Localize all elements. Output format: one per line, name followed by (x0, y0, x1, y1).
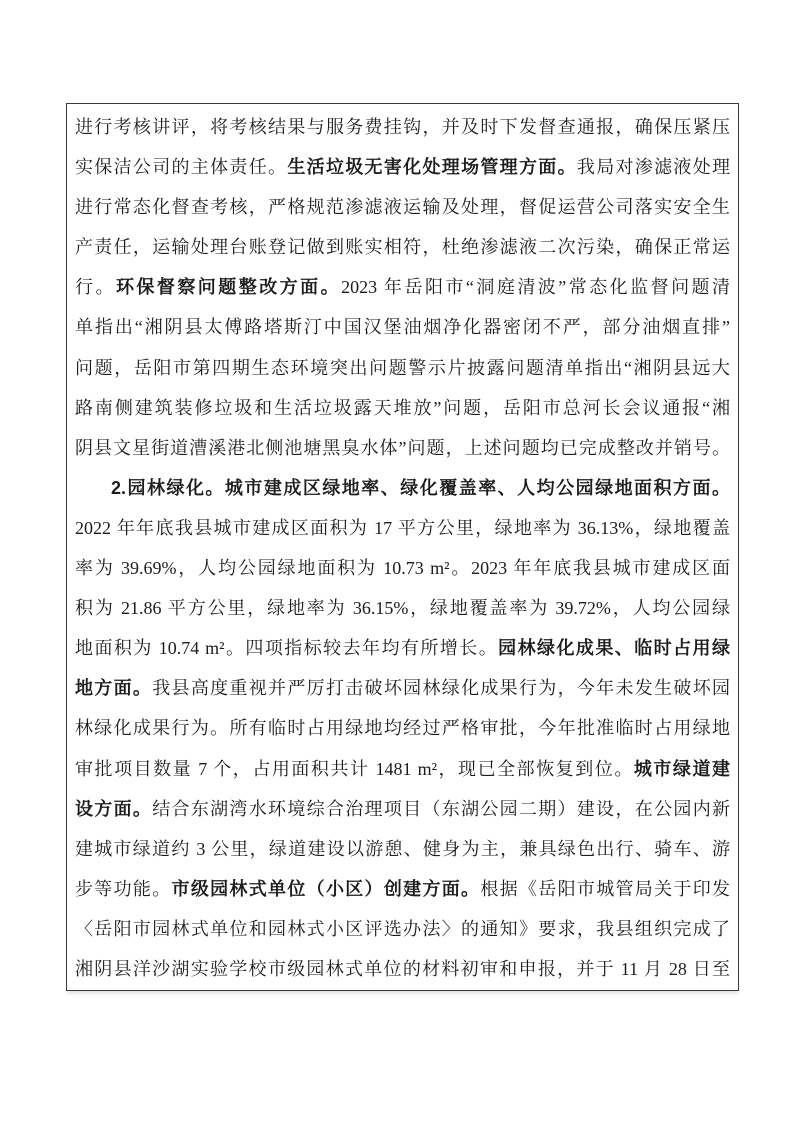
text-line: 进行常态化督查考核，严格规范渗滤液运输及处理，督促运营公司落实安全生 (75, 187, 730, 227)
text-segment: 产责任，运输处理台账登记做到账实相符，杜绝渗滤液二次污染，确保正常运 (75, 237, 730, 257)
bold-heading-segment: 设方面。 (75, 799, 152, 819)
text-line: 进行考核讲评，将考核结果与服务费挂钩，并及时下发督查通报，确保压紧压 (75, 107, 730, 147)
bold-heading-segment: 市级园林式单位（小区）创建方面。 (172, 879, 481, 899)
text-line: 湘阴县洋沙湖实验学校市级园林式单位的材料初审和申报，并于 11 月 28 日至 (75, 949, 730, 989)
document-table-cell: 进行考核讲评，将考核结果与服务费挂钩，并及时下发督查通报，确保压紧压实保洁公司的… (66, 103, 739, 991)
text-segment: 2022 年年底我县城市建成区面积为 17 平方公里，绿地率为 36.13%，绿… (75, 518, 730, 538)
text-segment: 建城市绿道约 3 公里，绿道建设以游憩、健身为主，兼具绿色出行、骑车、游 (75, 839, 730, 859)
text-line: 路南侧建筑装修垃圾和生活垃圾露天堆放”问题，岳阳市总河长会议通报“湘 (75, 388, 730, 428)
bold-heading-segment: 生活垃圾无害化处理场管理方面。 (287, 157, 577, 177)
bold-heading-segment: 园林绿化成果、临时占用绿 (498, 638, 730, 658)
text-line: 2.园林绿化。城市建成区绿地率、绿化覆盖率、人均公园绿地面积方面。 (75, 468, 730, 508)
text-segment: 审批项目数量 7 个，占用面积共计 1481 m²，现已全部恢复到位。 (75, 759, 634, 779)
bold-heading-segment: 2.园林绿化。城市建成区绿地率、绿化覆盖率、人均公园绿地面积方面。 (111, 478, 730, 498)
text-segment: 进行常态化督查考核，严格规范渗滤液运输及处理，督促运营公司落实安全生 (75, 197, 730, 217)
text-line: 单指出“湘阴县太傅路塔斯汀中国汉堡油烟净化器密闭不严，部分油烟直排” (75, 307, 730, 347)
bold-heading-segment: 城市绿道建 (634, 759, 730, 779)
text-segment: 结合东湖湾水环境综合治理项目（东湖公园二期）建设，在公园内新 (152, 799, 730, 819)
bold-heading-segment: 环保督察问题整改方面。 (116, 277, 341, 297)
text-segment: 我局对渗滤液处理 (577, 157, 730, 177)
text-segment: 阴县文星街道漕溪港北侧池塘黑臭水体”问题，上述问题均已完成整改并销号。 (75, 438, 730, 458)
text-segment: 路南侧建筑装修垃圾和生活垃圾露天堆放”问题，岳阳市总河长会议通报“湘 (75, 398, 730, 418)
text-line: 地方面。我县高度重视并严厉打击破坏园林绿化成果行为，今年未发生破坏园 (75, 668, 730, 708)
text-line: 〈岳阳市园林式单位和园林式小区评选办法〉的通知》要求，我县组织完成了 (75, 909, 730, 949)
text-segment: 进行考核讲评，将考核结果与服务费挂钩，并及时下发督查通报，确保压紧压 (75, 117, 730, 137)
text-segment: 单指出“湘阴县太傅路塔斯汀中国汉堡油烟净化器密闭不严，部分油烟直排” (75, 317, 730, 337)
text-line: 2022 年年底我县城市建成区面积为 17 平方公里，绿地率为 36.13%，绿… (75, 508, 730, 548)
text-segment: 积为 21.86 平方公里，绿地率为 36.15%，绿地覆盖率为 39.72%，… (75, 598, 730, 618)
text-segment: 率为 39.69%，人均公园绿地面积为 10.73 m²。2023 年年底我县城… (75, 558, 730, 578)
text-line: 实保洁公司的主体责任。生活垃圾无害化处理场管理方面。我局对渗滤液处理 (75, 147, 730, 187)
text-segment: 步等功能。 (75, 879, 172, 899)
text-line: 设方面。结合东湖湾水环境综合治理项目（东湖公园二期）建设，在公园内新 (75, 789, 730, 829)
page: 进行考核讲评，将考核结果与服务费挂钩，并及时下发督查通报，确保压紧压实保洁公司的… (0, 0, 794, 1122)
text-line: 审批项目数量 7 个，占用面积共计 1481 m²，现已全部恢复到位。城市绿道建 (75, 749, 730, 789)
text-line: 地面积为 10.74 m²。四项指标较去年均有所增长。园林绿化成果、临时占用绿 (75, 628, 730, 668)
text-segment: 我县高度重视并严厉打击破坏园林绿化成果行为，今年未发生破坏园 (152, 678, 730, 698)
text-segment: 根据《岳阳市城管局关于印发 (480, 879, 730, 899)
text-line: 建城市绿道约 3 公里，绿道建设以游憩、健身为主，兼具绿色出行、骑车、游 (75, 829, 730, 869)
text-line: 阴县文星街道漕溪港北侧池塘黑臭水体”问题，上述问题均已完成整改并销号。 (75, 428, 730, 468)
bold-heading-segment: 地方面。 (75, 678, 152, 698)
document-body: 进行考核讲评，将考核结果与服务费挂钩，并及时下发督查通报，确保压紧压实保洁公司的… (75, 107, 730, 989)
text-segment: 地面积为 10.74 m²。四项指标较去年均有所增长。 (75, 638, 498, 658)
text-segment: 〈岳阳市园林式单位和园林式小区评选办法〉的通知》要求，我县组织完成了 (75, 919, 730, 939)
text-segment: 问题，岳阳市第四期生态环境突出问题警示片披露问题清单指出“湘阴县远大 (75, 358, 730, 378)
text-line: 率为 39.69%，人均公园绿地面积为 10.73 m²。2023 年年底我县城… (75, 548, 730, 588)
text-line: 林绿化成果行为。所有临时占用绿地均经过严格审批，今年批准临时占用绿地 (75, 708, 730, 748)
text-line: 积为 21.86 平方公里，绿地率为 36.15%，绿地覆盖率为 39.72%，… (75, 588, 730, 628)
text-segment: 实保洁公司的主体责任。 (75, 157, 287, 177)
text-segment: 2023 年岳阳市“洞庭清波”常态化监督问题清 (341, 277, 730, 297)
text-line: 问题，岳阳市第四期生态环境突出问题警示片披露问题清单指出“湘阴县远大 (75, 348, 730, 388)
text-line: 产责任，运输处理台账登记做到账实相符，杜绝渗滤液二次污染，确保正常运 (75, 227, 730, 267)
text-line: 行。环保督察问题整改方面。2023 年岳阳市“洞庭清波”常态化监督问题清 (75, 267, 730, 307)
text-segment: 湘阴县洋沙湖实验学校市级园林式单位的材料初审和申报，并于 11 月 28 日至 (75, 959, 730, 979)
text-line: 步等功能。市级园林式单位（小区）创建方面。根据《岳阳市城管局关于印发 (75, 869, 730, 909)
text-segment: 林绿化成果行为。所有临时占用绿地均经过严格审批，今年批准临时占用绿地 (75, 718, 730, 738)
text-segment: 行。 (75, 277, 116, 297)
